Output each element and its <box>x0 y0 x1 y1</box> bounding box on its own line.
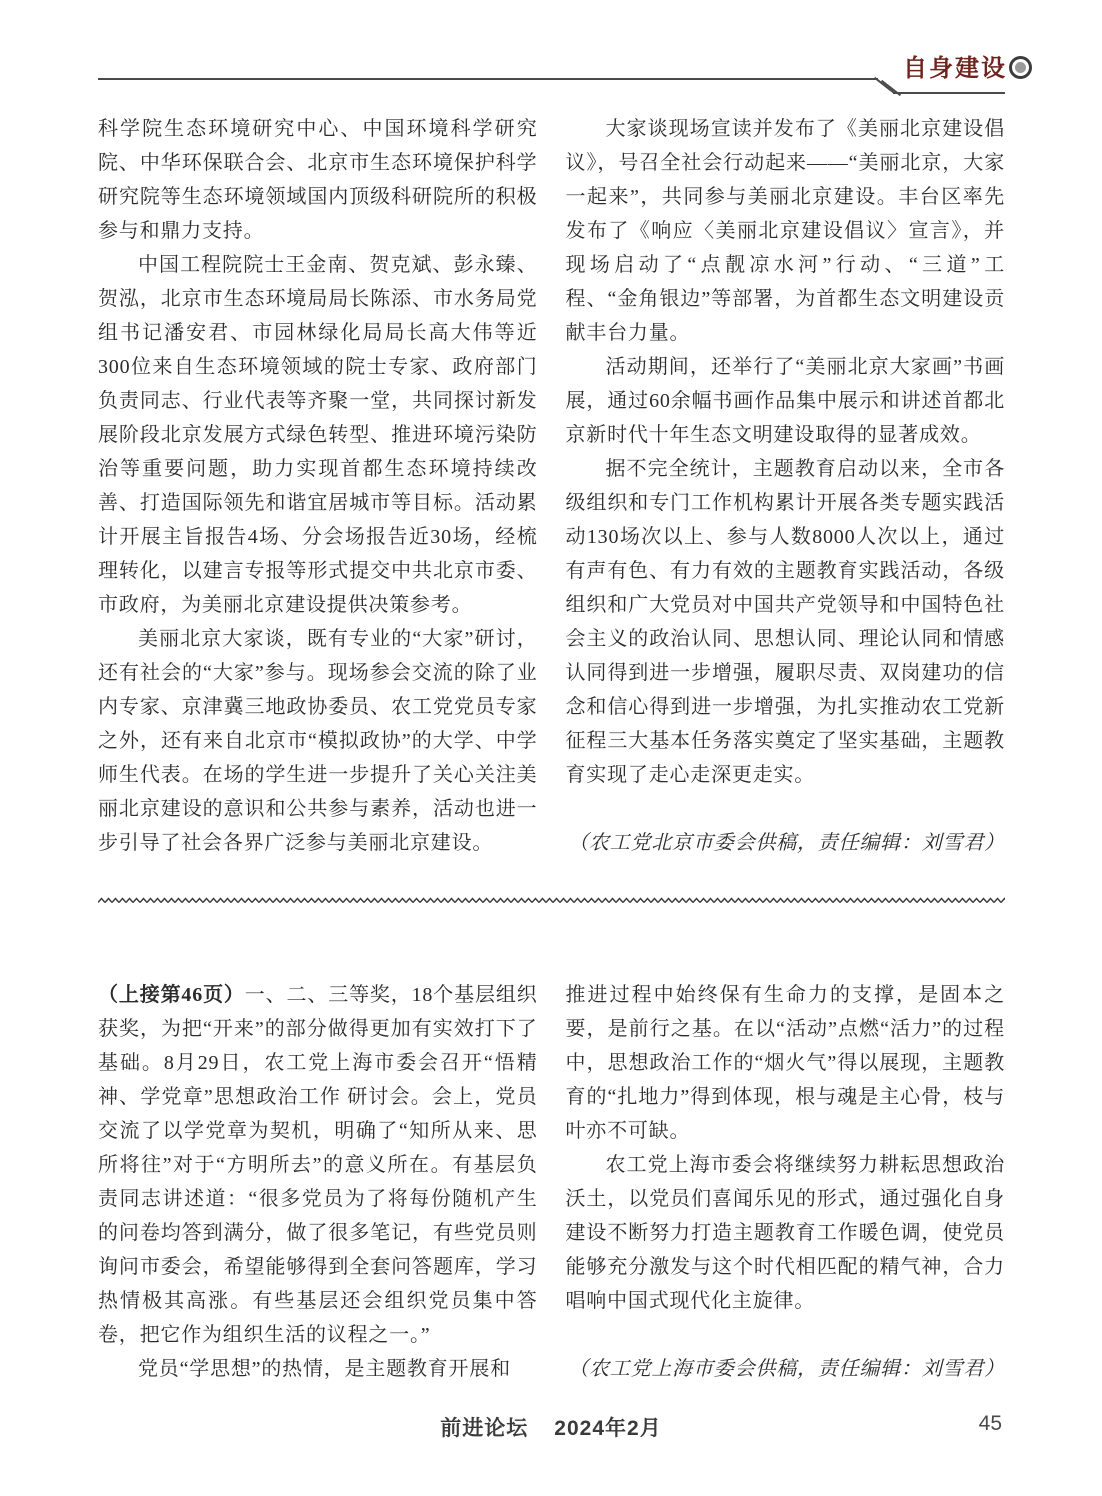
paragraph: （上接第46页）一、二、三等奖，18个基层组织获奖，为把“开来”的部分做得更加有… <box>98 978 538 1352</box>
paragraph: 党员“学思想”的热情，是主题教育开展和 <box>98 1352 538 1386</box>
header-rule-break <box>874 77 894 93</box>
paragraph: 据不完全统计，主题教育启动以来，全市各级组织和专门工作机构累计开展各类专题实践活… <box>566 452 1006 792</box>
paragraph: 科学院生态环境研究中心、中国环境科学研究院、中华环保联合会、北京市生态环境保护科… <box>98 112 538 248</box>
article1-credit: （农工党北京市委会供稿，责任编辑：刘雪君） <box>566 826 1006 860</box>
zigzag-line <box>98 897 1005 905</box>
paragraph: 活动期间，还举行了“美丽北京大家画”书画展，通过60余幅书画作品集中展示和讲述首… <box>566 350 1006 452</box>
article2-credit: （农工党上海市委会供稿，责任编辑：刘雪君） <box>566 1352 1006 1386</box>
article1-left-column: 科学院生态环境研究中心、中国环境科学研究院、中华环保联合会、北京市生态环境保护科… <box>98 112 538 860</box>
section-title: 自身建设 <box>903 48 1003 83</box>
article2-right-column: 推进过程中始终保有生命力的支撑，是固本之要，是前行之基。在以“活动”点燃“活力”… <box>566 978 1006 1386</box>
header-rule-left <box>98 78 878 80</box>
page-number: 45 <box>979 1412 1002 1436</box>
article2-left-column: （上接第46页）一、二、三等奖，18个基层组织获奖，为把“开来”的部分做得更加有… <box>98 978 538 1386</box>
wavy-divider <box>98 892 1005 900</box>
bullseye-dot <box>1015 62 1026 73</box>
paragraph: 推进过程中始终保有生命力的支撑，是固本之要，是前行之基。在以“活动”点燃“活力”… <box>566 978 1006 1148</box>
article1-right-column: 大家谈现场宣读并发布了《美丽北京建设倡议》，号召全社会行动起来——“美丽北京，大… <box>566 112 1006 860</box>
header-rule-right <box>893 92 1005 94</box>
issue-date: 2024年2月 <box>554 1417 661 1440</box>
paragraph: 美丽北京大家谈，既有专业的“大家”研讨，还有社会的“大家”参与。现场参会交流的除… <box>98 622 538 860</box>
paragraph: 中国工程院院士王金南、贺克斌、彭永臻、贺泓，北京市生态环境局局长陈添、市水务局党… <box>98 248 538 622</box>
paragraph: 农工党上海市委会将继续努力耕耘思想政治沃土，以党员们喜闻乐见的形式，通过强化自身… <box>566 1148 1006 1318</box>
footer-journal-line: 前进论坛2024年2月 <box>0 1412 1102 1442</box>
continued-from-note: （上接第46页） <box>98 984 245 1006</box>
bullseye-icon <box>1009 56 1032 79</box>
journal-name: 前进论坛 <box>440 1417 528 1440</box>
paragraph: 大家谈现场宣读并发布了《美丽北京建设倡议》，号召全社会行动起来——“美丽北京，大… <box>566 112 1006 350</box>
paragraph-text: 一、二、三等奖，18个基层组织获奖，为把“开来”的部分做得更加有实效打下了基础。… <box>98 984 538 1346</box>
article-1: 科学院生态环境研究中心、中国环境科学研究院、中华环保联合会、北京市生态环境保护科… <box>98 112 1005 860</box>
article-2: （上接第46页）一、二、三等奖，18个基层组织获奖，为把“开来”的部分做得更加有… <box>98 978 1005 1386</box>
